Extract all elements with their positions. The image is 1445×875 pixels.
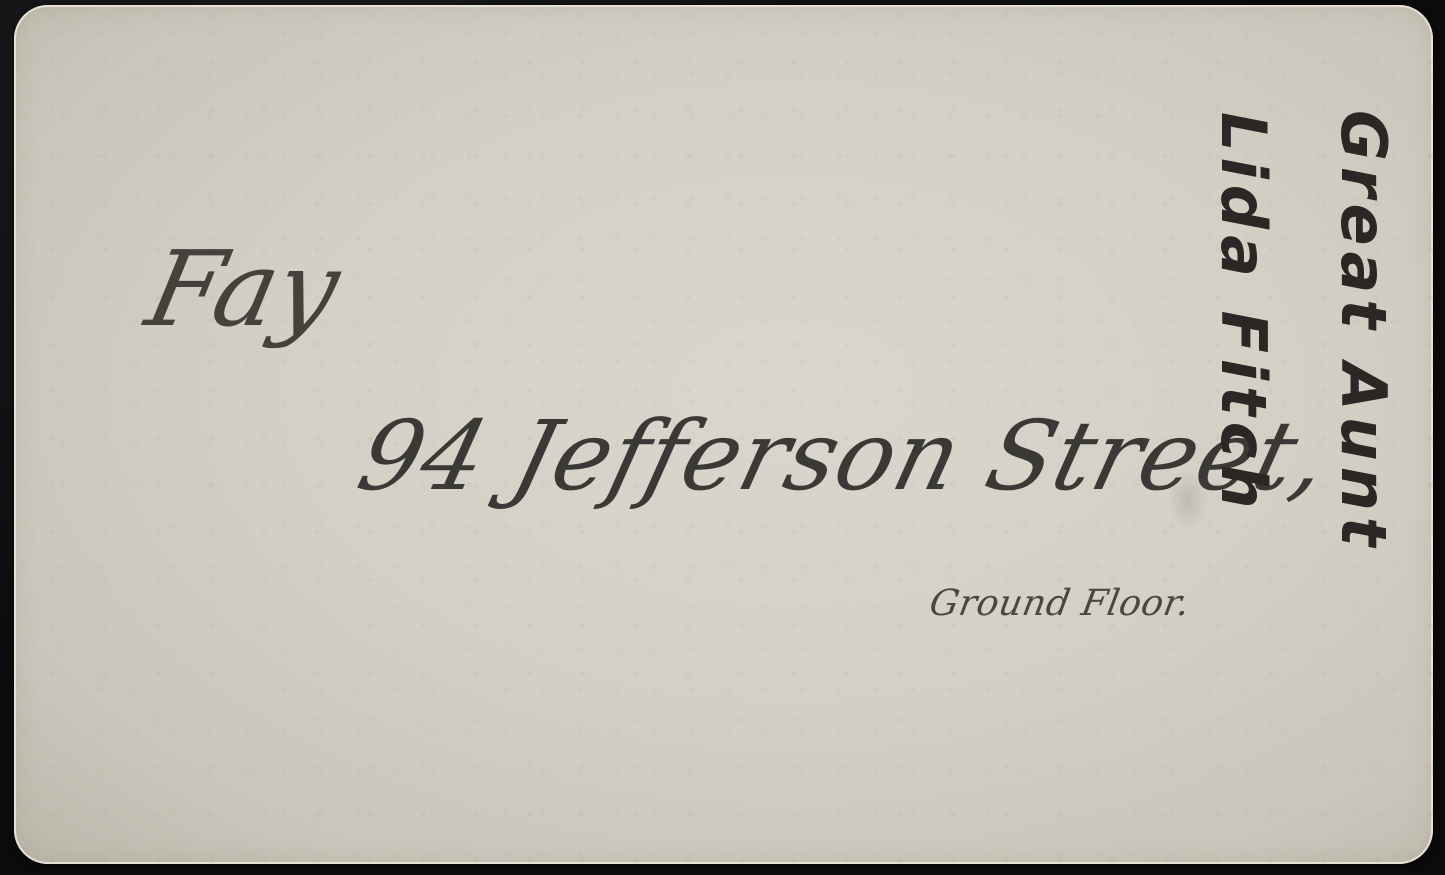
handwritten-line-great-aunt: Great Aunt	[1327, 110, 1400, 552]
floor-note: Ground Floor.	[926, 583, 1193, 624]
studio-name: Fay	[137, 228, 350, 350]
ink-smudge	[1168, 470, 1208, 530]
handwritten-line-name: Lida Fitch	[1207, 112, 1280, 515]
